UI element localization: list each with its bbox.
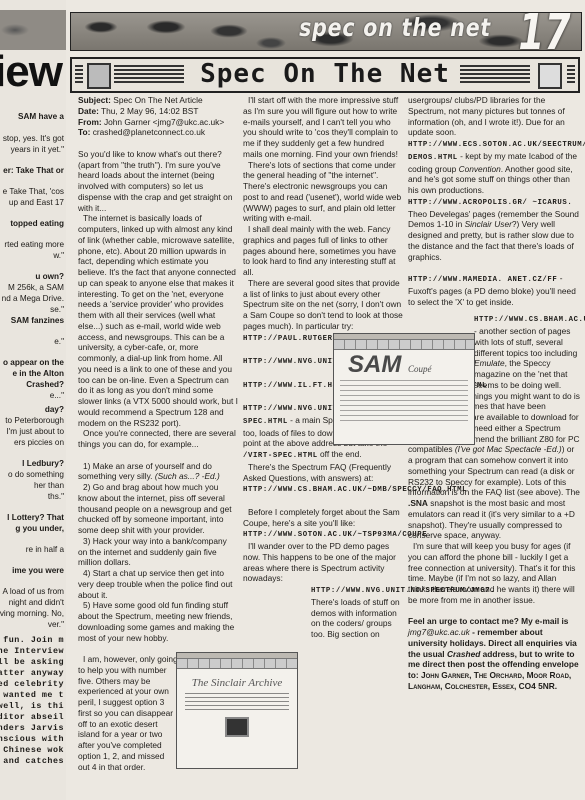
previous-page-line: se." (50, 305, 64, 316)
sinclair-archive-webpage-screenshot: The Sinclair Archive (176, 652, 298, 769)
previous-page-line: A load of us from (3, 587, 64, 598)
previous-page-banner (0, 10, 66, 50)
to-label: To: (78, 127, 90, 137)
link[interactable]: http://www.nvg.unit.no/spectrum/jmg7. (311, 584, 403, 597)
previous-page-heading-fragment: iew (0, 50, 62, 94)
title-rule-lines (567, 65, 575, 85)
paragraph: There's lots of sections that come under… (243, 160, 403, 225)
previous-page-line: o appear on the (3, 358, 64, 369)
previous-page-line: w." (53, 251, 64, 262)
paragraph: So you'd like to know what's out there? … (78, 149, 238, 214)
sam-coupe-webpage-screenshot-large: SAM Coupé (333, 333, 475, 445)
previous-page-line: day? (45, 405, 64, 416)
previous-page-line: l Lottery? That (7, 513, 64, 524)
title-rule-lines (460, 65, 530, 85)
from-label: From: (78, 117, 102, 127)
previous-page-line: e Take That, 'cos (3, 187, 64, 198)
previous-page-line: er: Take That or (3, 166, 64, 177)
previous-page-line: ers piccies on (14, 438, 64, 449)
previous-page-line: I'm just about to (6, 427, 64, 438)
paragraph: Once you're connected, there are several… (78, 428, 238, 450)
link[interactable]: http://www.il.ft.hse.nl/~ben/sinclair/sl… (243, 379, 318, 392)
previous-page-line: ver." (48, 620, 64, 631)
previous-page-line: ving morning. No, (0, 609, 64, 620)
paragraph: http://www.mamedia. anet.cz/ff - Fuxoft'… (408, 273, 580, 307)
article-title-bar: Spec On The Net (70, 57, 580, 93)
paragraph: I shall deal mainly with the web. Fancy … (243, 224, 403, 278)
paragraph: http://www.ecs.soton.ac.uk/sEEctrum/~rjc… (408, 138, 580, 196)
previous-page-line: e in the Alton (12, 369, 64, 380)
previous-page-line: nscious with (0, 734, 64, 745)
previous-page-line: SAM have a (18, 112, 64, 123)
date-label: Date: (78, 106, 99, 116)
paragraph: There's loads of stuff on demos with inf… (311, 597, 403, 640)
previous-page-line: ths." (48, 492, 64, 503)
previous-page-line: up and East 17 (9, 198, 64, 209)
previous-page-line: Crashed? (26, 380, 64, 391)
paragraph: http://www.cs.bham.ac.uk/~dmb - another … (474, 313, 580, 390)
previous-page-line: night and didn't (9, 598, 64, 609)
list-item: 3) Hack your way into a bank/company on … (78, 536, 238, 568)
previous-page-line: to Peterborough (5, 416, 64, 427)
link[interactable]: http://www.acropolis.gr/ ~icarus. (408, 199, 572, 207)
paragraph: usergroups/ clubs/PD libraries for the S… (408, 95, 580, 138)
previous-page-line: ime you were (12, 566, 64, 577)
list-item: 1) Make an arse of yourself and do somet… (78, 461, 238, 483)
previous-page-line: 'll be asking (0, 657, 64, 668)
previous-page-line: - well, is thi (0, 701, 64, 712)
list-item: 2) Go and brag about how much you know a… (78, 482, 238, 536)
previous-page-edge: iew SAM have astop, yes. It's gotyears i… (0, 0, 67, 800)
previous-page-line: M 256k, a SAM (8, 283, 64, 294)
list-item: 5) Have some good old fun finding stuff … (78, 600, 238, 643)
to-value: crashed@planetconnect.co.uk (93, 127, 205, 137)
previous-page-line: rted eating more (4, 240, 64, 251)
previous-page-line: e editor abseil (0, 712, 64, 723)
paragraph: There's the Spectrum FAQ (Frequently Ask… (243, 462, 403, 484)
editor-note: (Such as...? -Ed.) (155, 471, 220, 481)
paragraph: I'll start off with the more impressive … (243, 95, 403, 160)
previous-page-line: years in it yet." (11, 145, 64, 156)
subject-value: Spec On The Net Article (113, 95, 202, 105)
section-masthead: spec on the net 17 (70, 12, 582, 51)
paragraph: I am, however, only going to help you wi… (78, 654, 178, 772)
previous-page-line: l Ledbury? (22, 459, 64, 470)
previous-page-line: related celebrity (0, 679, 64, 690)
contact-paragraph: Feel an urge to contact me? My e-mail is… (408, 616, 580, 691)
link[interactable]: http://www.cs.bham.ac.uk/~dmb (474, 316, 585, 324)
previous-page-line: ou wanted me t (0, 690, 64, 701)
paragraph: Before I completely forget about the Sam… (243, 507, 403, 529)
previous-page-line: SAM fanzines (11, 316, 64, 327)
paragraph: I'll wander over to the PD demo pages no… (243, 541, 403, 584)
previous-page-line: g you under, (15, 524, 64, 535)
list-item: 4) Start a chat up service then get into… (78, 568, 238, 600)
link[interactable]: http://www.nvg.unit.no/spectrum (243, 355, 318, 368)
link[interactable]: http://www.mamedia. anet.cz/ff (408, 276, 557, 284)
paragraph: There are several good sites that provid… (243, 278, 403, 332)
previous-page-line: stop, yes. It's got (3, 134, 64, 145)
page-number: 17 (519, 12, 571, 51)
previous-page-line: nd a Mega Drive. (2, 294, 64, 305)
email-link[interactable]: jmg7@ukc.ac.uk (408, 627, 470, 637)
paragraph: The internet is basically loads of compu… (78, 213, 238, 428)
previous-page-line: re in half a (26, 545, 64, 556)
previous-page-line: u own? (35, 272, 64, 283)
previous-page-line: iew and catches (0, 756, 64, 767)
subject-label: Subject: (78, 95, 111, 105)
link[interactable]: http://www.soton.ac.uk/~tsp93ma/Coupe (243, 528, 403, 541)
previous-page-line: e." (54, 337, 64, 348)
paragraph: http://www.acropolis.gr/ ~icarus. Theo D… (408, 196, 580, 263)
link[interactable]: http://www.cs.bham.ac.uk/~dmb/speccy/faq… (243, 483, 403, 496)
previous-page-line: her than (34, 481, 64, 492)
from-value: John Garner <jmg7@ukc.ac.uk> (104, 117, 224, 127)
date-value: Thu, 2 May 96, 14:02 BST (101, 106, 198, 116)
previous-page-line: topped eating (10, 219, 64, 230)
email-header: Subject: Spec On The Net Article Date: T… (78, 95, 238, 138)
previous-page-line: d Chinese wok (0, 745, 64, 756)
section-name: spec on the net (299, 15, 491, 40)
previous-page-line: o do something (8, 470, 64, 481)
previous-page-line: renders Jarvis (0, 723, 64, 734)
postal-address: John Garner, The Orchard, Moor Road, Lan… (408, 670, 571, 691)
previous-page-line: of fun. Join m (0, 635, 64, 646)
link[interactable]: http://paul.rutgers.edu/~savoiu/spectrum (243, 332, 318, 345)
previous-page-line: t matter anyway (0, 668, 64, 679)
previous-page-line: e..." (50, 391, 64, 402)
window-box-icon (538, 63, 562, 89)
article-page: spec on the net 17 Spec On The Net Subje… (66, 0, 585, 800)
previous-page-line: n The Interview (0, 646, 64, 657)
paragraph: I'm sure that will keep you busy for age… (408, 541, 580, 606)
